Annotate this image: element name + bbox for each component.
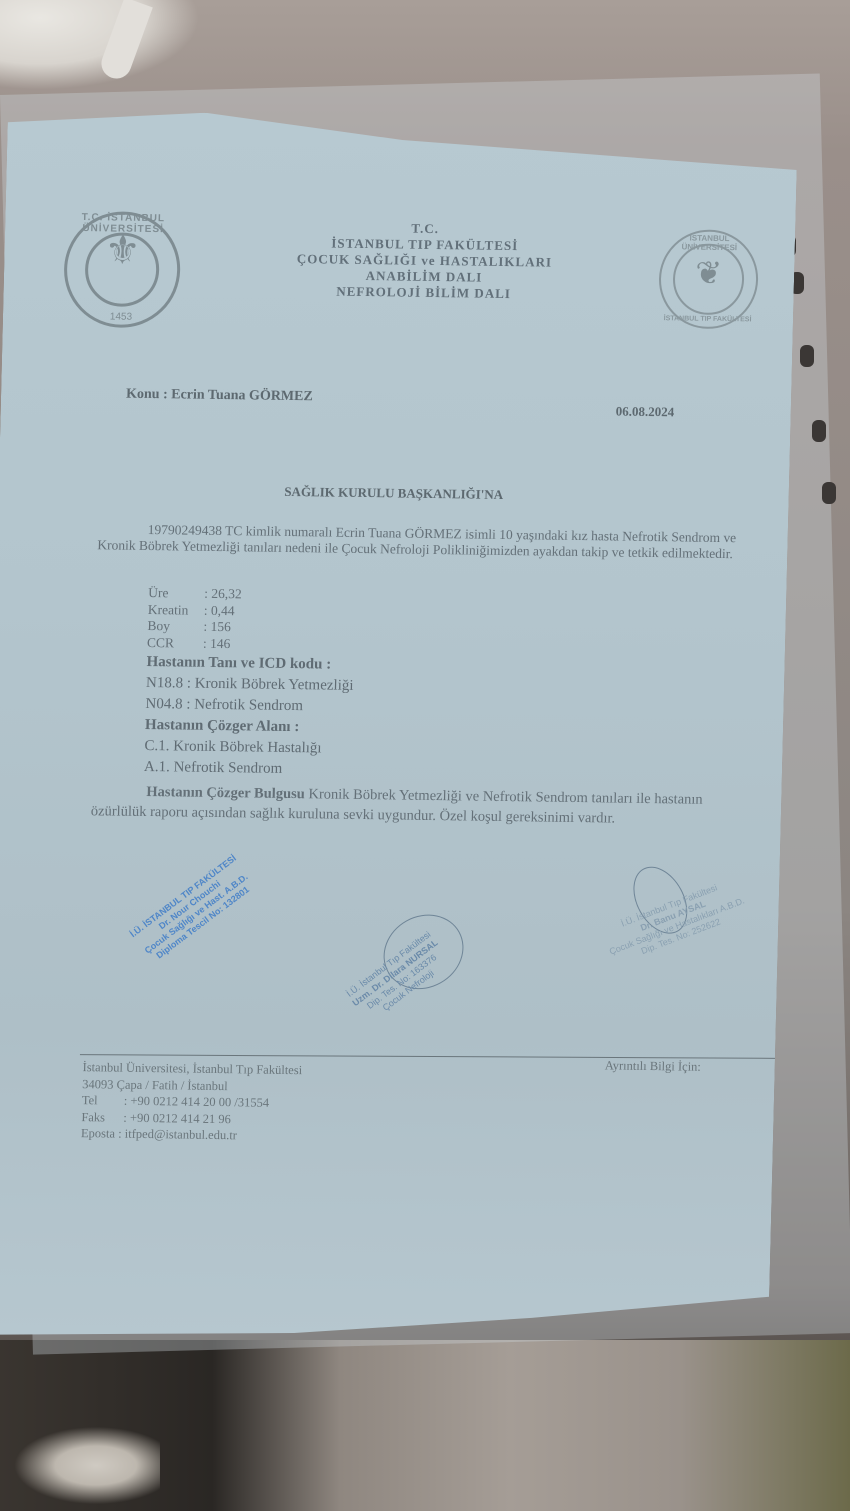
knot-emblem-icon: ❦ (661, 253, 757, 292)
tel-value: : +90 0212 414 20 00 /31554 (124, 1093, 270, 1112)
background-cloth (0, 0, 200, 90)
footer-divider (80, 1054, 785, 1059)
more-info-label: Ayrıntılı Bilgi İçin: (605, 1058, 701, 1074)
document-page: T.C. İSTANBUL ÜNİVERSİTESİ ⚜ 1453 İSTANB… (0, 110, 798, 1346)
logo-year: 1453 (66, 311, 176, 324)
lab-row: Kreatin: 0,44 (148, 602, 242, 620)
lab-name: Boy (147, 618, 203, 635)
finding-paragraph: Hastanın Çözger Bulgusu Kronik Böbrek Ye… (91, 781, 752, 830)
fax-label: Faks (81, 1109, 123, 1126)
cozger-area-item: A.1. Nefrotik Sendrom (144, 757, 322, 780)
lab-name: Kreatin (148, 602, 204, 619)
intro-text: 19790249438 TC kimlik numaralı Ecrin Tua… (97, 521, 738, 562)
doctor-stamp: İ.Ü. İSTANBUL TIP FAKÜLTESİ Dr. Nour Cho… (128, 853, 258, 966)
istanbul-university-logo: T.C. İSTANBUL ÜNİVERSİTESİ ⚜ 1453 (63, 211, 182, 329)
footer-contact: İstanbul Üniversitesi, İstanbul Tıp Fakü… (81, 1059, 303, 1145)
intro-paragraph: 19790249438 TC kimlik numaralı Ecrin Tua… (97, 521, 738, 562)
lab-value: : 156 (203, 619, 231, 636)
punch-hole (822, 482, 836, 504)
fax-value: : +90 0212 414 21 96 (123, 1109, 231, 1127)
lab-results: Üre: 26,32 Kreatin: 0,44 Boy: 156 CCR: 1… (147, 585, 242, 652)
cozger-area-item: C.1. Kronik Böbrek Hastalığı (144, 736, 322, 759)
logo-ring-text-bottom: İSTANBUL TIP FAKÜLTESİ (660, 315, 755, 323)
lab-name: Üre (148, 585, 204, 602)
cozger-area-section: Hastanın Çözger Alanı : C.1. Kronik Böbr… (144, 715, 323, 780)
email-label: Eposta (81, 1125, 115, 1142)
cozger-area-title: Hastanın Çözger Alanı : (145, 715, 323, 738)
lab-value: : 146 (203, 635, 231, 652)
addressee: SAĞLIK KURULU BAŞKANLIĞI'NA (0, 480, 789, 507)
background-carpet-pattern (0, 1420, 160, 1511)
header-line: NEFROLOJİ BİLİM DALI (273, 283, 573, 303)
document-date: 06.08.2024 (616, 404, 675, 421)
diagnosis-section: Hastanın Tanı ve ICD kodu : N18.8 : Kron… (145, 652, 354, 718)
punch-hole (812, 420, 826, 442)
diagnosis-item: N04.8 : Nefrotik Sendrom (145, 694, 353, 718)
lab-name: CCR (147, 634, 203, 651)
university-emblem-icon: ⚜ (67, 226, 178, 275)
lab-row: Boy: 156 (147, 618, 241, 636)
lab-row: CCR: 146 (147, 634, 241, 652)
letterhead: T.C. İSTANBUL TIP FAKÜLTESİ ÇOCUK SAĞLIĞ… (273, 219, 575, 303)
lab-value: : 0,44 (204, 602, 235, 619)
lab-value: : 26,32 (204, 586, 242, 603)
email-value: : itfped@istanbul.edu.tr (118, 1126, 237, 1144)
finding-label: Hastanın Çözger Bulgusu (146, 784, 305, 802)
lab-row: Üre: 26,32 (148, 585, 242, 603)
diagnosis-title: Hastanın Tanı ve ICD kodu : (146, 652, 354, 676)
tel-label: Tel (82, 1092, 124, 1109)
punch-hole (800, 345, 814, 367)
diagnosis-item: N18.8 : Kronik Böbrek Yetmezliği (146, 673, 354, 697)
subject-line: Konu : Ecrin Tuana GÖRMEZ (126, 387, 313, 406)
medical-faculty-logo: İSTANBUL ÜNİVERSİTESİ ❦ İSTANBUL TIP FAK… (658, 229, 759, 329)
